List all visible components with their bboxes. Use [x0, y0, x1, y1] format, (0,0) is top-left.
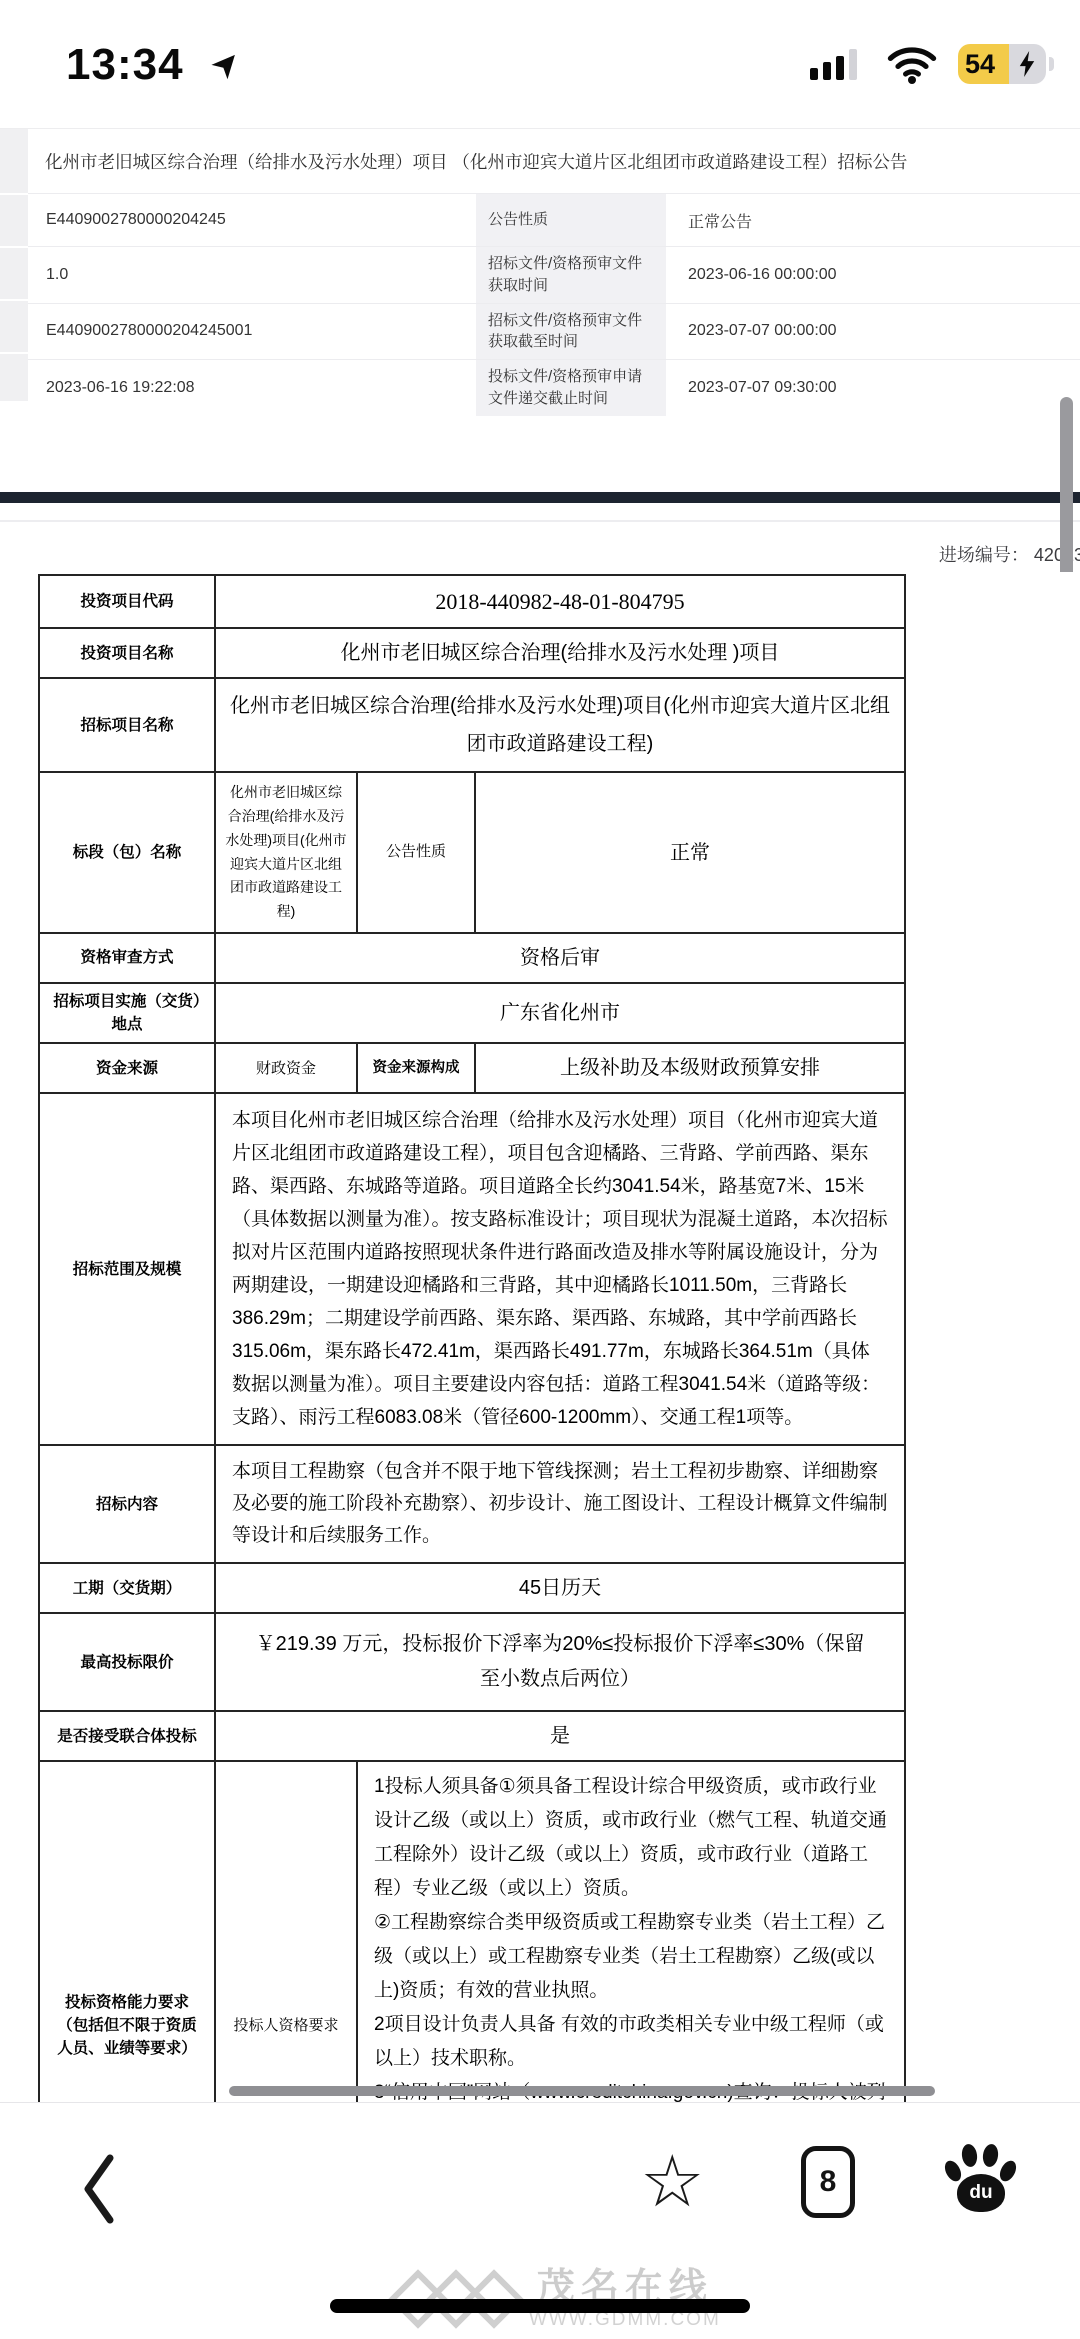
table-row: 2023-06-16 19:22:08 投标文件/资格预审申请文件递交截止时间 …	[28, 359, 1080, 416]
row-id-cell: E4409002780000204245001	[28, 304, 474, 360]
tender-detail-table: 投资项目代码 2018-440982-48-01-804795 投资项目名称 化…	[38, 574, 906, 2102]
field-label: 是否接受联合体投标	[40, 1712, 216, 1760]
qualification-paragraph: ②工程勘察综合类甲级资质或工程勘察专业类（岩土工程）乙级（或以上）或工程勘察专业…	[374, 1906, 888, 2008]
row-value-cell: 2023-07-07 09:30:00	[668, 360, 1080, 416]
home-indicator[interactable]	[330, 2299, 750, 2313]
table-row: 1.0 招标文件/资格预审文件获取时间 2023-06-16 00:00:00	[28, 246, 1080, 303]
qualification-paragraph: 1投标人须具备①须具备工程设计综合甲级资质，或市政行业设计乙级（或以上）资质，或…	[374, 1770, 888, 1906]
field-value: 化州市老旧城区综合治理(给排水及污水处理)项目(化州市迎宾大道片区北组团市政道路…	[216, 679, 904, 771]
row-value-cell: 2023-07-07 00:00:00	[668, 304, 1080, 360]
field-label: 招标内容	[40, 1446, 216, 1562]
announcement-header-table: 化州市老旧城区综合治理（给排水及污水处理）项目 （化州市迎宾大道片区北组团市政道…	[0, 128, 1080, 129]
entry-number: 进场编号： 420232	[939, 541, 1080, 567]
field-label: 资格审查方式	[40, 934, 216, 982]
scope-text: 本项目化州市老旧城区综合治理（给排水及污水处理）项目（化州市迎宾大道片区北组团市…	[216, 1094, 904, 1444]
clock: 13:34	[66, 40, 184, 90]
field-value: 广东省化州市	[216, 984, 904, 1043]
field-label: 投资项目名称	[40, 629, 216, 677]
field-value: 45日历天	[216, 1564, 904, 1612]
table-left-edge	[0, 129, 28, 401]
tab-count-button[interactable]: 8	[801, 2146, 855, 2218]
row-id-cell: 1.0	[28, 247, 474, 303]
announcement-title-row: 化州市老旧城区综合治理（给排水及污水处理）项目 （化州市迎宾大道片区北组团市政道…	[28, 129, 1080, 193]
funding-source-cell: 财政资金	[216, 1044, 358, 1092]
field-label: 最高投标限价	[40, 1614, 216, 1710]
field-label: 资金来源	[40, 1044, 216, 1092]
location-services-icon: ➤	[202, 40, 251, 88]
row-id-cell: 2023-06-16 19:22:08	[28, 360, 474, 416]
tender-detail-document: 投资项目代码 2018-440982-48-01-804795 投资项目名称 化…	[0, 572, 1080, 2102]
funding-composition-label: 资金来源构成	[358, 1044, 476, 1092]
field-label: 招标项目实施（交货）地点	[40, 984, 216, 1043]
browser-bottom-toolbar: ☆ 8 du	[0, 2130, 1080, 2250]
row-value-cell: 2023-06-16 00:00:00	[668, 247, 1080, 303]
content-text: 本项目工程勘察（包含并不限于地下管线探测；岩土工程初步勘察、详细勘察及必要的施工…	[216, 1446, 904, 1562]
notice-type-label: 公告性质	[358, 773, 476, 932]
table-row: E4409002780000204245 公告性质 正常公告	[28, 193, 1080, 246]
field-label: 工期（交货期）	[40, 1564, 216, 1612]
field-label: 投资项目代码	[40, 576, 216, 627]
field-label: 招标范围及规模	[40, 1094, 216, 1444]
vertical-scrollbar[interactable]	[1060, 397, 1073, 593]
baidu-du-label: du	[957, 2174, 1005, 2212]
page-title: 化州市老旧城区综合治理（给排水及污水处理）项目 （化州市迎宾大道片区北组团市政道…	[28, 149, 907, 174]
row-label-cell: 公告性质	[474, 194, 668, 246]
funding-composition-value: 上级补助及本级财政预算安排	[476, 1044, 904, 1092]
price-limit-value: ￥219.39 万元，投标报价下浮率为20%≤投标报价下浮率≤30%（保留至小数…	[240, 1614, 880, 1710]
status-bar: 13:34 ➤ 54	[0, 0, 1080, 100]
battery-percent: 54	[958, 44, 995, 84]
table-row: 最高投标限价 ￥219.39 万元，投标报价下浮率为20%≤投标报价下浮率≤30…	[40, 1612, 904, 1710]
row-value-cell: 正常公告	[668, 194, 1080, 246]
page-bottom-edge	[0, 2102, 1080, 2103]
bidder-qualification-label: 投标人资格要求	[216, 1762, 358, 2102]
table-row: 资金来源 财政资金 资金来源构成 上级补助及本级财政预算安排	[40, 1042, 904, 1092]
divider-line	[0, 520, 1080, 522]
section-name-cell: 化州市老旧城区综合治理(给排水及污水处理)项目(化州市迎宾大道片区北组团市政道路…	[216, 773, 358, 932]
field-value: 资格后审	[216, 934, 904, 982]
wifi-icon	[886, 44, 938, 89]
table-row: 投标资格能力要求（包括但不限于资质人员、业绩等要求） 投标人资格要求 1投标人须…	[40, 1760, 904, 2102]
field-label: 招标项目名称	[40, 679, 216, 771]
notice-type-value: 正常	[476, 773, 904, 932]
table-row: 投资项目名称 化州市老旧城区综合治理(给排水及污水处理 )项目	[40, 627, 904, 677]
field-value: 2018-440982-48-01-804795	[216, 576, 904, 627]
table-row: 招标范围及规模 本项目化州市老旧城区综合治理（给排水及污水处理）项目（化州市迎宾…	[40, 1092, 904, 1444]
row-label-cell: 投标文件/资格预审申请文件递交截止时间	[474, 360, 668, 416]
tab-count: 8	[820, 2165, 837, 2199]
bookmark-star-button[interactable]: ☆	[640, 2132, 705, 2232]
charging-bolt-icon	[1018, 51, 1036, 77]
row-label-cell: 招标文件/资格预审文件获取时间	[474, 247, 668, 303]
table-row: 工期（交货期） 45日历天	[40, 1562, 904, 1612]
phone-screen: 13:34 ➤ 54 化州市老旧城区综合治理（给排水及污水处理）项目 （化州市迎…	[0, 0, 1080, 2339]
table-row: 招标内容 本项目工程勘察（包含并不限于地下管线探测；岩土工程初步勘察、详细勘察及…	[40, 1444, 904, 1562]
table-row: E4409002780000204245001 招标文件/资格预审文件获取截至时…	[28, 303, 1080, 360]
row-id-cell: E4409002780000204245	[28, 194, 474, 246]
field-value: 化州市老旧城区综合治理(给排水及污水处理 )项目	[216, 629, 904, 677]
table-row: 资格审查方式 资格后审	[40, 932, 904, 982]
battery-charging-indicator: 54	[958, 44, 1046, 84]
field-label: 标段（包）名称	[40, 773, 216, 932]
back-button[interactable]	[76, 2150, 124, 2233]
table-row: 投资项目代码 2018-440982-48-01-804795	[40, 576, 904, 627]
row-label-cell: 招标文件/资格预审文件获取截至时间	[474, 304, 668, 360]
table-row: 标段（包）名称 化州市老旧城区综合治理(给排水及污水处理)项目(化州市迎宾大道片…	[40, 771, 904, 932]
table-row: 招标项目实施（交货）地点 广东省化州市	[40, 982, 904, 1043]
table-row: 招标项目名称 化州市老旧城区综合治理(给排水及污水处理)项目(化州市迎宾大道片区…	[40, 677, 904, 771]
baidu-home-button[interactable]: du	[946, 2144, 1016, 2214]
field-label: 投标资格能力要求（包括但不限于资质人员、业绩等要求）	[40, 1762, 216, 2102]
battery-tip	[1049, 57, 1054, 71]
horizontal-scrollbar[interactable]	[229, 2086, 935, 2096]
cellular-signal-icon	[810, 46, 870, 80]
bidder-qualification-text: 1投标人须具备①须具备工程设计综合甲级资质，或市政行业设计乙级（或以上）资质，或…	[358, 1762, 904, 2102]
table-row: 是否接受联合体投标 是	[40, 1710, 904, 1760]
field-value: 是	[216, 1712, 904, 1760]
qualification-paragraph: 2项目设计负责人具备 有效的市政类相关专业中级工程师（或以上）技术职称。	[374, 2008, 888, 2076]
section-divider-bar	[0, 492, 1080, 503]
